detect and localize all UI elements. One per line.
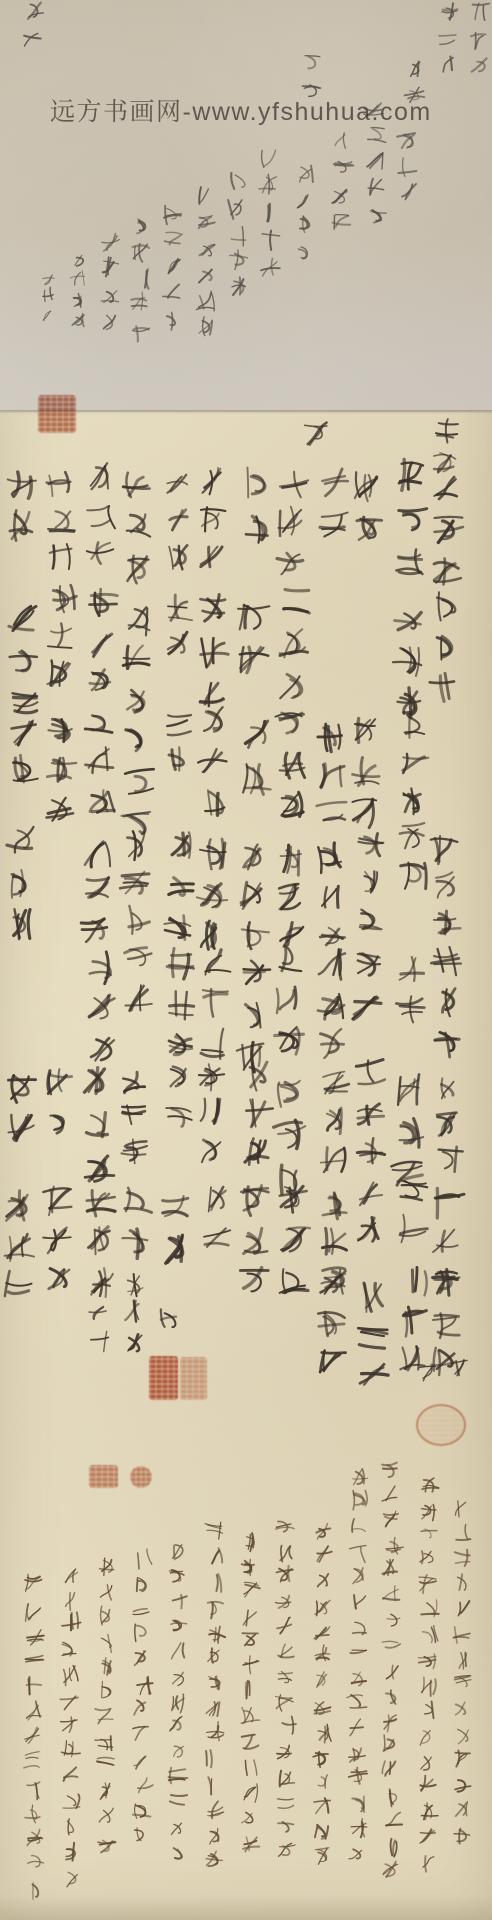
calligraphy-scroll-photo: 远方书画网-www.yfshuhua.com	[0, 0, 492, 1920]
small-round-seal	[130, 1466, 152, 1488]
watermark-text: 远方书画网-www.yfshuhua.com	[50, 92, 470, 128]
colophon-seal-2	[180, 1357, 207, 1400]
bottom-edge-shade	[0, 1896, 492, 1920]
small-square-seal	[89, 1465, 118, 1488]
paper-seam	[0, 410, 492, 414]
top-album-leaf-paper	[0, 0, 492, 412]
oval-seal	[416, 1404, 466, 1446]
colophon-seal-1	[149, 1356, 178, 1400]
